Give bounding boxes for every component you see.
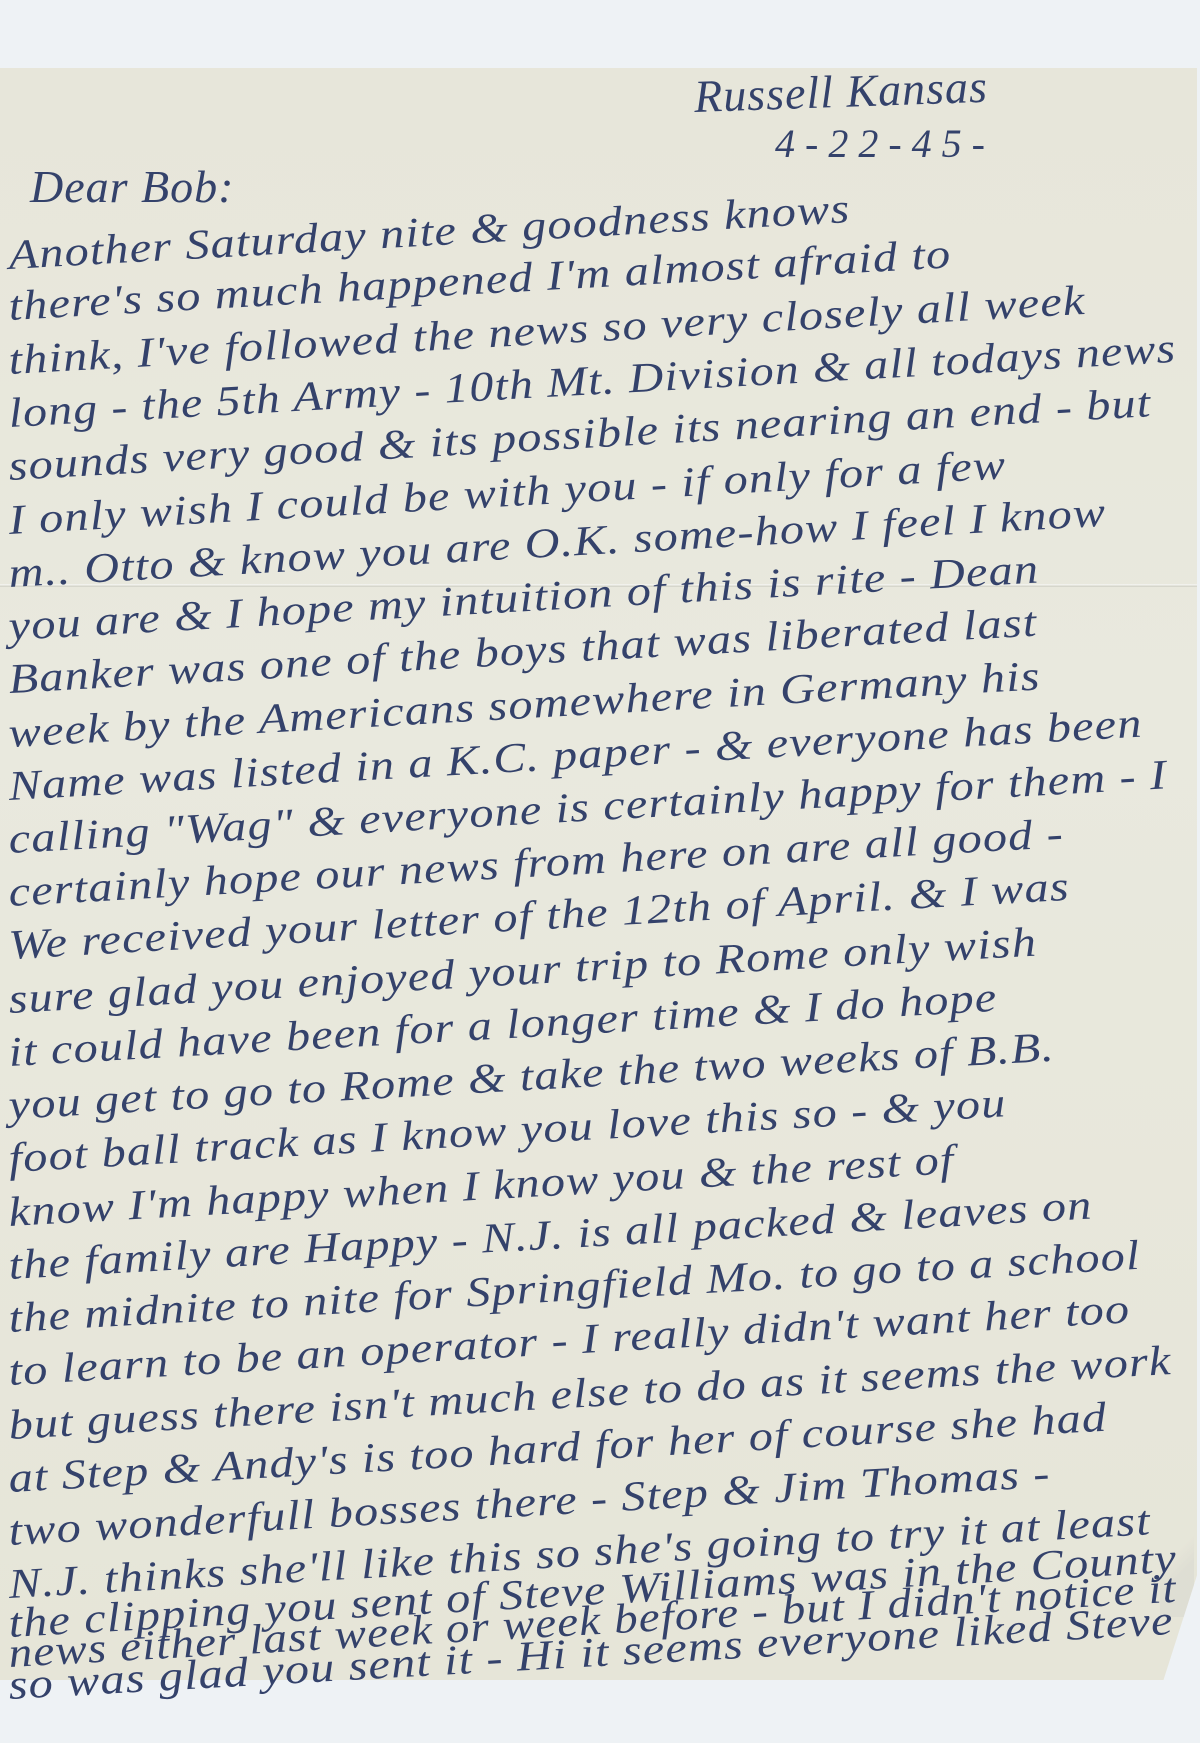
letter-greeting: Dear Bob:	[30, 160, 234, 213]
letter-place: Russell Kansas	[693, 60, 989, 123]
letter-date: 4-22-45-	[775, 120, 995, 167]
